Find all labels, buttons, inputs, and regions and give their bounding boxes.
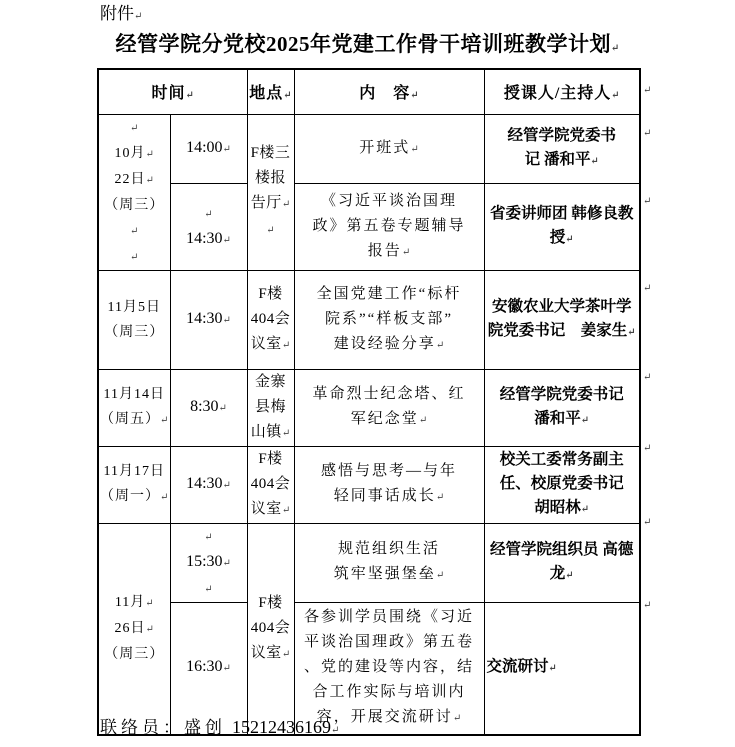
cell-content-oct22-s2: 《习近平谈治国理政》第五卷专题辅导报告↵ — [294, 184, 484, 270]
row-end-mark: ↵ — [643, 85, 651, 96]
cell-location-nov14: 金寨县梅山镇↵ — [247, 369, 294, 446]
contact-phone: 15212436169↵ — [232, 717, 339, 737]
cell-date-nov17: 11月17日（周一）↵ — [98, 446, 170, 523]
row-end-mark: ↵ — [643, 372, 651, 383]
cell-date-nov5: 11月5日（周三） — [98, 270, 170, 369]
header-speaker: 授课人/主持人↵ — [484, 69, 640, 114]
cell-content-nov5: 全国党建工作“标杆院系”“样板支部”建设经验分享↵ — [294, 270, 484, 369]
table-row: 11月5日（周三） 14:30↵ F楼404会议室↵ 全国党建工作“标杆院系”“… — [98, 270, 640, 369]
row-end-mark: ↵ — [643, 443, 651, 454]
cell-time-oct22-s1: 14:00↵ — [170, 114, 247, 184]
row-end-mark: ↵ — [643, 283, 651, 294]
cell-date-oct22: ↵10月↵22日↵（周三）↵↵ — [98, 114, 170, 270]
cell-speaker-nov26-s1: 经管学院组织员 高德龙↵ — [484, 523, 640, 602]
cell-speaker-nov5: 安徽农业大学茶叶学院党委书记 姜家生↵ — [484, 270, 640, 369]
cell-content-nov26-s1: 规范组织生活筑牢坚强堡垒↵ — [294, 523, 484, 602]
cell-content-nov14: 革命烈士纪念塔、红军纪念堂↵ — [294, 369, 484, 446]
table-row: 11月17日（周一）↵ 14:30↵ F楼404会议室↵ 感悟与思考—与年轻同事… — [98, 446, 640, 523]
cell-location-oct22: F楼三楼报告厅↵↵ — [247, 114, 294, 270]
table-row: 11月↵26日↵（周三） ↵15:30↵↵ F楼404会议室↵ 规范组织生活筑牢… — [98, 523, 640, 602]
contact-line: 联络员：盛创15212436169↵ — [100, 715, 339, 743]
schedule-table: 时间↵ 地点↵ 内 容↵ 授课人/主持人↵ ↵10月↵22日↵（周三）↵↵ 14… — [97, 68, 641, 736]
cell-speaker-oct22-s1: 经管学院党委书记 潘和平↵ — [484, 114, 640, 184]
table-header-row: 时间↵ 地点↵ 内 容↵ 授课人/主持人↵ — [98, 69, 640, 114]
cell-speaker-nov26-s2: 交流研讨↵ — [484, 602, 640, 735]
table-row: ↵14:30↵ 《习近平谈治国理政》第五卷专题辅导报告↵ 省委讲师团 韩修良教授… — [98, 184, 640, 270]
cell-time-nov5: 14:30↵ — [170, 270, 247, 369]
cell-date-nov26: 11月↵26日↵（周三） — [98, 523, 170, 735]
document-page: 附件↵ 经管学院分党校2025年党建工作骨干培训班教学计划↵ 时间↵ 地点↵ 内… — [0, 0, 735, 747]
cell-time-nov14: 8:30↵ — [170, 369, 247, 446]
cell-location-nov26: F楼404会议室↵ — [247, 523, 294, 735]
cell-time-oct22-s2: ↵14:30↵ — [170, 184, 247, 270]
cell-speaker-nov14: 经管学院党委书记潘和平↵ — [484, 369, 640, 446]
header-time: 时间↵ — [98, 69, 247, 114]
header-content: 内 容↵ — [294, 69, 484, 114]
cell-content-oct22-s1: 开班式↵ — [294, 114, 484, 184]
table-row: ↵10月↵22日↵（周三）↵↵ 14:00↵ F楼三楼报告厅↵↵ 开班式↵ 经管… — [98, 114, 640, 184]
cell-time-nov17: 14:30↵ — [170, 446, 247, 523]
contact-label: 联络员：盛创 — [100, 718, 226, 737]
document-title: 经管学院分党校2025年党建工作骨干培训班教学计划↵ — [0, 30, 735, 63]
attachment-label: 附件↵ — [100, 3, 142, 28]
cell-location-nov5: F楼404会议室↵ — [247, 270, 294, 369]
row-end-mark: ↵ — [643, 600, 651, 611]
cell-content-nov17: 感悟与思考—与年轻同事话成长↵ — [294, 446, 484, 523]
cell-time-nov26-s1: ↵15:30↵↵ — [170, 523, 247, 602]
row-end-mark: ↵ — [643, 196, 651, 207]
table-row: 11月14日（周五）↵ 8:30↵ 金寨县梅山镇↵ 革命烈士纪念塔、红军纪念堂↵… — [98, 369, 640, 446]
cell-date-nov14: 11月14日（周五）↵ — [98, 369, 170, 446]
row-end-mark: ↵ — [643, 128, 651, 139]
row-end-mark: ↵ — [643, 517, 651, 528]
cell-speaker-oct22-s2: 省委讲师团 韩修良教授↵ — [484, 184, 640, 270]
cell-speaker-nov17: 校关工委常务副主任、校原党委书记胡昭林↵ — [484, 446, 640, 523]
header-location: 地点↵ — [247, 69, 294, 114]
cell-location-nov17: F楼404会议室↵ — [247, 446, 294, 523]
